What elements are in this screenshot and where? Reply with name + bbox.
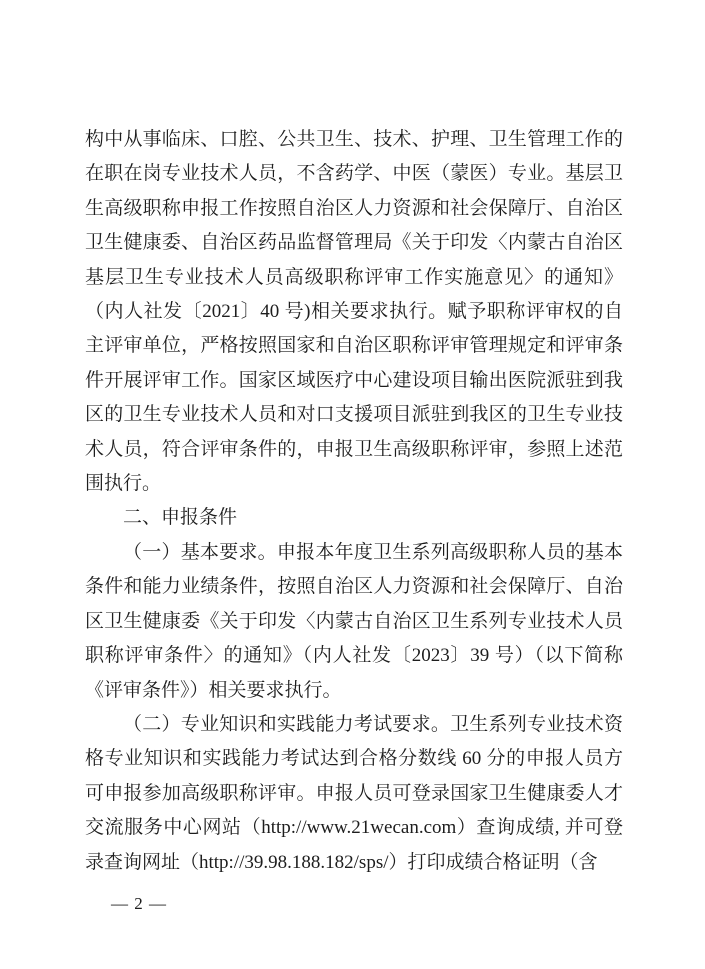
page-number: — 2 — <box>111 893 167 915</box>
paragraph-scope-continuation: 构中从事临床、口腔、公共卫生、技术、护理、卫生管理工作的在职在岗专业技术人员，不… <box>85 123 623 501</box>
document-body: 构中从事临床、口腔、公共卫生、技术、护理、卫生管理工作的在职在岗专业技术人员，不… <box>85 123 623 880</box>
paragraph-exam-requirements: （二）专业知识和实践能力考试要求。卫生系列专业技术资格专业知识和实践能力考试达到… <box>85 708 623 880</box>
section-heading-application-conditions: 二、申报条件 <box>85 501 623 535</box>
paragraph-basic-requirements: （一）基本要求。申报本年度卫生系列高级职称人员的基本条件和能力业绩条件，按照自治… <box>85 536 623 708</box>
document-page: 构中从事临床、口腔、公共卫生、技术、护理、卫生管理工作的在职在岗专业技术人员，不… <box>0 0 705 969</box>
